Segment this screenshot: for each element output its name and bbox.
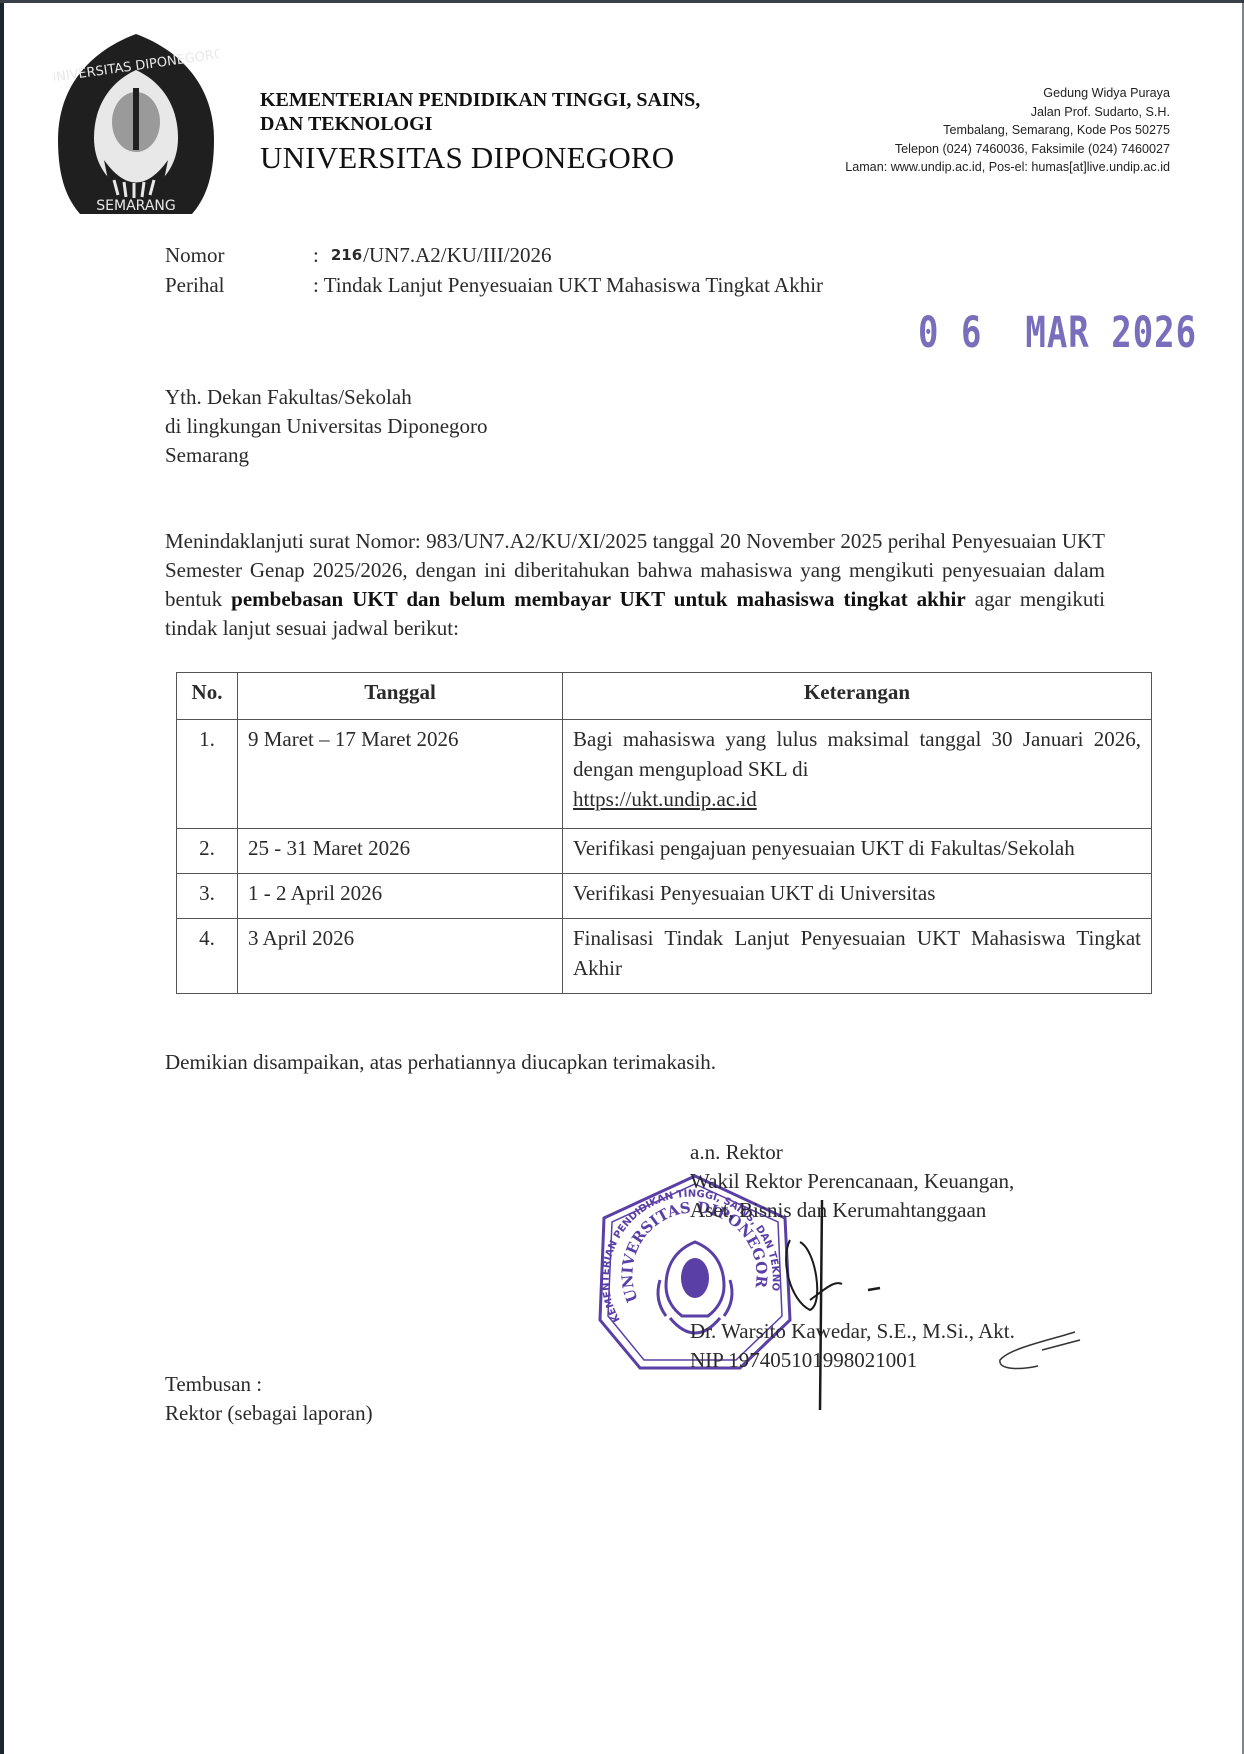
body-emphasis: pembebasan UKT dan belum membayar UKT un… [231, 587, 966, 611]
cell-tanggal: 1 - 2 April 2026 [238, 874, 563, 919]
cell-no: 1. [177, 720, 238, 829]
table-row: 1. 9 Maret – 17 Maret 2026 Bagi mahasisw… [177, 720, 1152, 829]
address-line: Laman: www.undip.ac.id, Pos-el: humas[at… [845, 158, 1170, 177]
cell-keterangan: Verifikasi pengajuan penyesuaian UKT di … [563, 829, 1152, 874]
tembusan: Tembusan : Rektor (sebagai laporan) [165, 1370, 373, 1428]
addressee-line: Semarang [165, 441, 488, 470]
perihal-value: : Tindak Lanjut Penyesuaian UKT Mahasisw… [313, 270, 823, 300]
nomor-colon: : [313, 240, 319, 270]
cell-keterangan: Verifikasi Penyesuaian UKT di Universita… [563, 874, 1152, 919]
cell-tanggal: 9 Maret – 17 Maret 2026 [238, 720, 563, 829]
table-header-row: No. Tanggal Keterangan [177, 673, 1152, 720]
cell-keterangan: Bagi mahasiswa yang lulus maksimal tangg… [563, 720, 1152, 829]
tembusan-label: Tembusan : [165, 1370, 373, 1399]
ministry-name-line1: KEMENTERIAN PENDIDIKAN TINGGI, SAINS, [260, 88, 700, 112]
scan-edge-top [0, 0, 1244, 3]
cell-no: 4. [177, 919, 238, 994]
tembusan-item: Rektor (sebagai laporan) [165, 1399, 373, 1428]
nomor-label: Nomor [165, 240, 313, 270]
university-name: UNIVERSITAS DIPONEGORO [260, 140, 700, 176]
letterhead-address: Gedung Widya Puraya Jalan Prof. Sudarto,… [845, 84, 1170, 177]
scan-edge-left [0, 0, 4, 1754]
addressee-line: Yth. Dekan Fakultas/Sekolah [165, 383, 488, 412]
nomor-handwritten: 216 [331, 240, 362, 270]
date-stamp: 0 6 MAR 2026 [918, 308, 1197, 358]
ministry-name-line2: DAN TEKNOLOGI [260, 112, 700, 136]
header-no: No. [177, 673, 238, 720]
table-row: 3. 1 - 2 April 2026 Verifikasi Penyesuai… [177, 874, 1152, 919]
cell-no: 3. [177, 874, 238, 919]
keterangan-text: Bagi mahasiswa yang lulus maksimal tangg… [573, 727, 1141, 781]
perihal-label: Perihal [165, 270, 313, 300]
closing-sentence: Demikian disampaikan, atas perhatiannya … [165, 1050, 716, 1075]
address-line: Jalan Prof. Sudarto, S.H. [845, 103, 1170, 122]
nomor-row: Nomor : 216 /UN7.A2/KU/III/2026 [165, 240, 823, 270]
letter-meta: Nomor : 216 /UN7.A2/KU/III/2026 Perihal … [165, 240, 823, 300]
body-paragraph: Menindaklanjuti surat Nomor: 983/UN7.A2/… [165, 527, 1105, 643]
nomor-value: /UN7.A2/KU/III/2026 [363, 240, 551, 270]
table-row: 2. 25 - 31 Maret 2026 Verifikasi pengaju… [177, 829, 1152, 874]
address-line: Telepon (024) 7460036, Faksimile (024) 7… [845, 140, 1170, 159]
letterhead-title: KEMENTERIAN PENDIDIKAN TINGGI, SAINS, DA… [260, 88, 700, 176]
ukt-portal-link[interactable]: https://ukt.undip.ac.id [573, 787, 757, 811]
addressee-line: di lingkungan Universitas Diponegoro [165, 412, 488, 441]
header-keterangan: Keterangan [563, 673, 1152, 720]
perihal-row: Perihal : Tindak Lanjut Penyesuaian UKT … [165, 270, 823, 300]
header-tanggal: Tanggal [238, 673, 563, 720]
address-line: Tembalang, Semarang, Kode Pos 50275 [845, 121, 1170, 140]
handwritten-signature-icon [780, 1180, 1100, 1420]
table-row: 4. 3 April 2026 Finalisasi Tindak Lanjut… [177, 919, 1152, 994]
on-behalf-label: a.n. Rektor [690, 1138, 1015, 1167]
svg-text:SEMARANG: SEMARANG [96, 198, 175, 214]
cell-tanggal: 3 April 2026 [238, 919, 563, 994]
cell-no: 2. [177, 829, 238, 874]
cell-keterangan: Finalisasi Tindak Lanjut Penyesuaian UKT… [563, 919, 1152, 994]
addressee: Yth. Dekan Fakultas/Sekolah di lingkunga… [165, 383, 488, 470]
address-line: Gedung Widya Puraya [845, 84, 1170, 103]
university-logo-icon: UNIVERSITAS DIPONEGORO SEMARANG [54, 30, 219, 222]
schedule-table: No. Tanggal Keterangan 1. 9 Maret – 17 M… [176, 672, 1152, 994]
cell-tanggal: 25 - 31 Maret 2026 [238, 829, 563, 874]
